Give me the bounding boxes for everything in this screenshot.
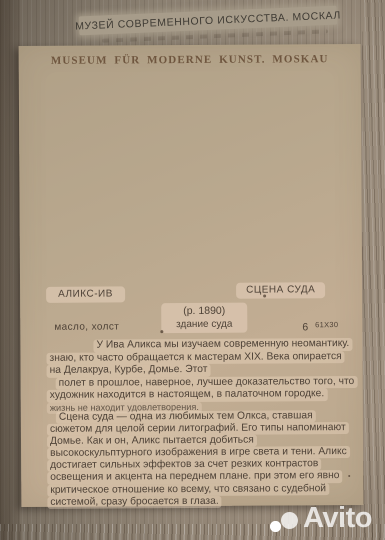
- avito-watermark: Avito: [269, 502, 372, 535]
- paragraph-line: знаю, кто часто обращается к мастерам XI…: [46, 351, 344, 365]
- museum-label-card: MUSEUM FÜR MODERNE KUNST. MOSKAU АЛИКС-И…: [19, 44, 364, 507]
- ink-speck: [348, 475, 350, 477]
- wood-right-edge: [362, 0, 385, 540]
- size-note: 6: [302, 321, 308, 333]
- dimensions-group: 661X30: [302, 314, 338, 333]
- paragraph-line: на Делакруа, Курбе, Домье. Этот: [47, 364, 211, 378]
- avito-watermark-text: Avito: [303, 502, 372, 535]
- artwork-title-patch: СЦЕНА СУДА: [236, 282, 325, 299]
- paragraph-line: художник находится в настоящем, в палато…: [47, 389, 328, 403]
- ink-speck: [160, 330, 163, 333]
- subject-caption: здание суда: [161, 319, 247, 331]
- ink-speck: [263, 295, 266, 298]
- paragraph-1: У Ива Аликса мы изучаем современную неом…: [46, 338, 360, 414]
- avito-logo-circle: [270, 521, 281, 532]
- paragraph-line: критическое отношение ко всему, что связ…: [47, 483, 329, 497]
- card-header-title: MUSEUM FÜR MODERNE KUNST. MOSKAU: [19, 53, 361, 67]
- avito-logo-circle: [281, 512, 298, 529]
- avito-logo-icon: [269, 502, 300, 535]
- birth-year: (р. 1890): [161, 305, 247, 318]
- artist-name-patch: АЛИКС-ИВ: [46, 286, 125, 302]
- paragraph-2: Сцена суда — одна из любимых тем Олкса, …: [47, 410, 362, 509]
- wood-left-edge: [0, 0, 20, 540]
- paragraph-line: системой, сразу бросается в глаза.: [47, 495, 221, 508]
- medium-label: масло, холст: [54, 321, 119, 332]
- dimensions: 61X30: [315, 320, 338, 329]
- paragraph-line: У Ива Аликса мы изучаем современную неом…: [93, 338, 352, 352]
- birth-subject-patch: (р. 1890) здание суда: [161, 303, 247, 334]
